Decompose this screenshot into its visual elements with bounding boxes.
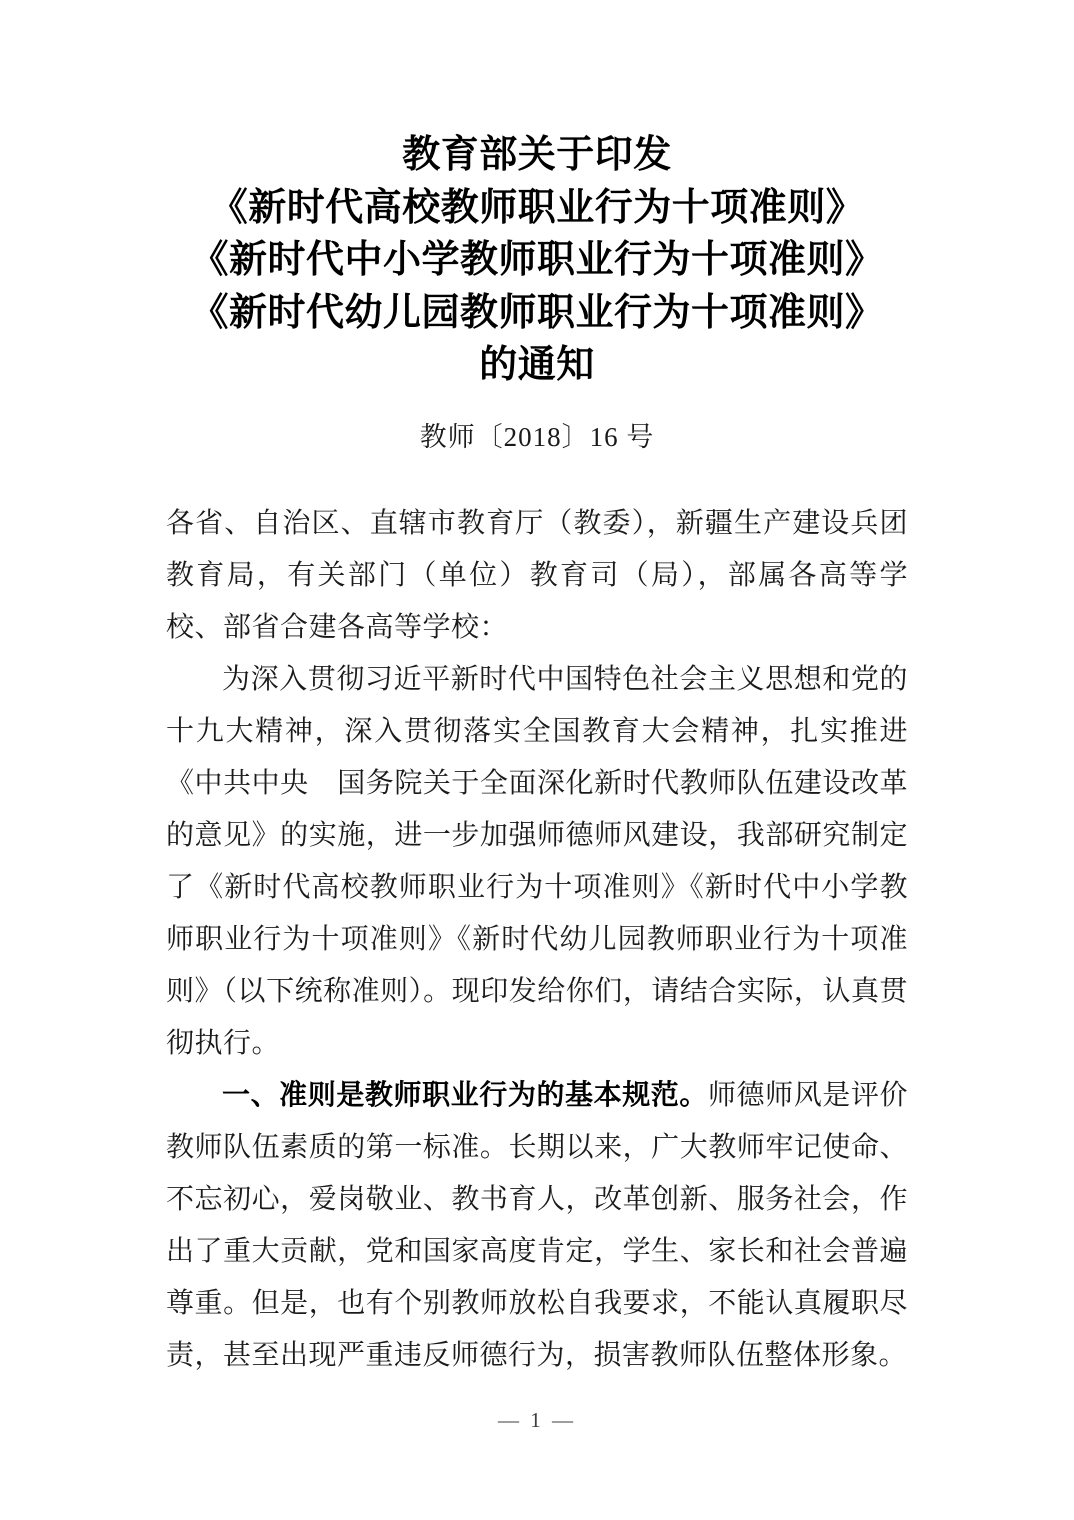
paragraph-2: 一、准则是教师职业行为的基本规范。师德师风是评价教师队伍素质的第一标准。长期以来… (166, 1070, 908, 1382)
title-line-2: 《新时代高校教师职业行为十项准则》 (166, 182, 908, 235)
salutation: 各省、自治区、直辖市教育厅（教委），新疆生产建设兵团教育局，有关部门（单位）教育… (166, 498, 908, 654)
title-line-1: 教育部关于印发 (166, 129, 908, 182)
document-title: 教育部关于印发 《新时代高校教师职业行为十项准则》 《新时代中小学教师职业行为十… (166, 129, 908, 392)
document-body: 各省、自治区、直辖市教育厅（教委），新疆生产建设兵团教育局，有关部门（单位）教育… (166, 498, 908, 1382)
title-line-3: 《新时代中小学教师职业行为十项准则》 (166, 234, 908, 287)
paragraph-2-lead: 一、准则是教师职业行为的基本规范。 (222, 1080, 708, 1111)
paragraph-2-text: 师德师风是评价教师队伍素质的第一标准。长期以来，广大教师牢记使命、不忘初心，爱岗… (166, 1080, 908, 1371)
title-line-5: 的通知 (166, 339, 908, 392)
document-number: 教师〔2018〕16 号 (166, 417, 908, 457)
document-page: 教育部关于印发 《新时代高校教师职业行为十项准则》 《新时代中小学教师职业行为十… (0, 0, 1074, 1520)
title-line-4: 《新时代幼儿园教师职业行为十项准则》 (166, 287, 908, 340)
paragraph-1: 为深入贯彻习近平新时代中国特色社会主义思想和党的十九大精神，深入贯彻落实全国教育… (166, 654, 908, 1070)
page-number: — 1 — (0, 1404, 1074, 1436)
paragraph-1-text: 为深入贯彻习近平新时代中国特色社会主义思想和党的十九大精神，深入贯彻落实全国教育… (166, 664, 908, 1059)
